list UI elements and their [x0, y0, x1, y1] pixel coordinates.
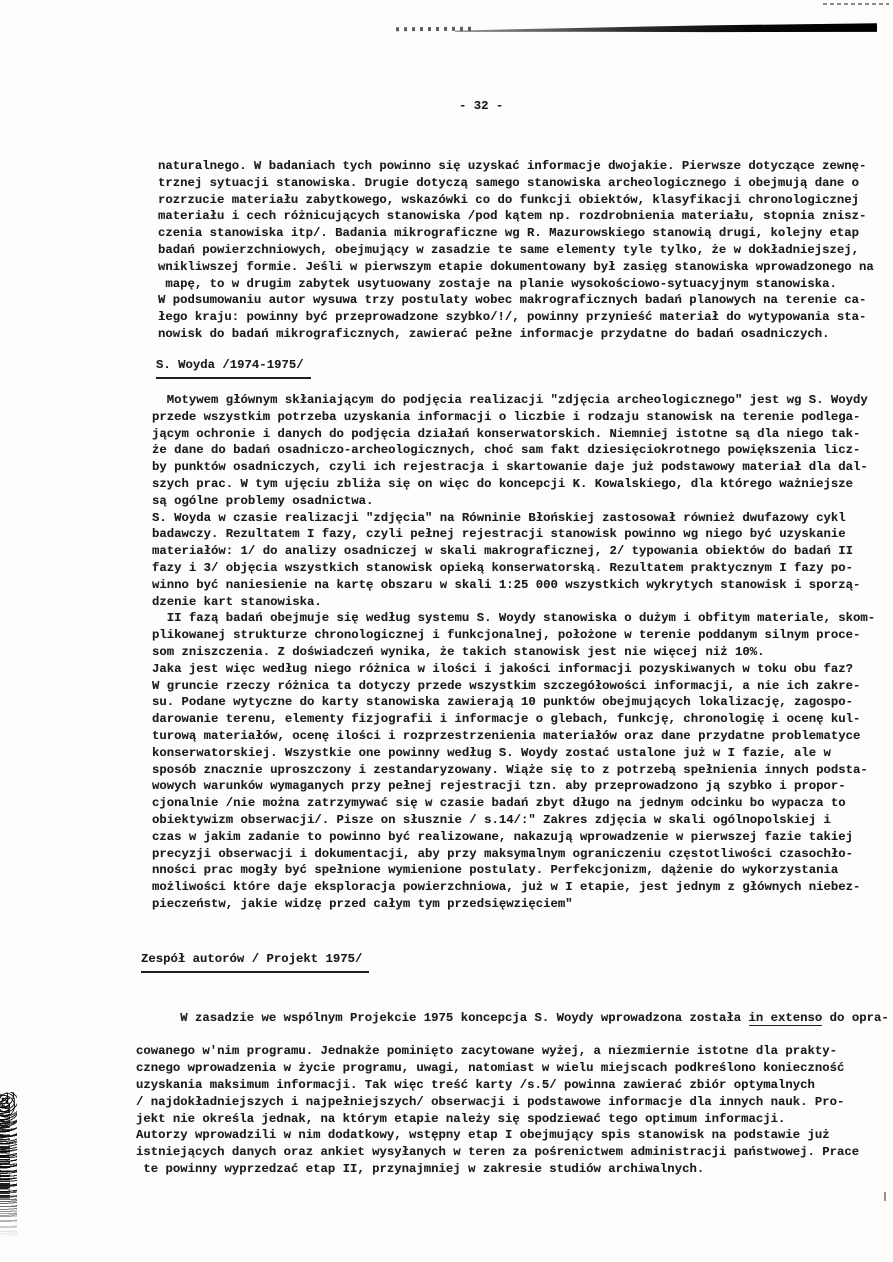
- section-woyda: S. Woyda /1974-1975/: [156, 355, 311, 379]
- section-woyda-body: Motywem głównym skłaniającym do podjęcia…: [152, 392, 875, 913]
- page-number: - 32 -: [459, 98, 503, 115]
- woyda-paragraph-3: II fazą badań obejmuje się według system…: [152, 610, 875, 912]
- document-page: - 32 - naturalnego. W badaniach tych pow…: [0, 0, 893, 1262]
- projekt-line1-after: do opra-: [822, 1011, 888, 1025]
- section-heading-projekt: Zespół autorów / Projekt 1975/: [141, 951, 369, 973]
- section-projekt-body: W zasadzie we wspólnym Projekcie 1975 ko…: [136, 993, 889, 1178]
- scan-smudge-streak: [455, 21, 877, 38]
- scan-corner-dashes: [823, 3, 889, 5]
- projekt-line1-before: W zasadzie we wspólnym Projekcie 1975 ko…: [180, 1011, 748, 1025]
- projekt-line1-underlined-phrase: in extenso: [749, 1011, 823, 1027]
- projekt-paragraph-first-line: W zasadzie we wspólnym Projekcie 1975 ko…: [136, 993, 889, 1043]
- woyda-paragraph-1: Motywem głównym skłaniającym do podjęcia…: [152, 392, 875, 510]
- scan-smudge-dashes: [396, 27, 471, 31]
- scan-speck: [884, 1192, 886, 1201]
- scan-binding-edge-noise-core: [0, 1097, 10, 1199]
- projekt-paragraph-rest: cowanego w'nim programu. Jednakże pomini…: [136, 1043, 889, 1177]
- intro-paragraph: naturalnego. W badaniach tych powinno si…: [158, 158, 874, 343]
- woyda-paragraph-2: S. Woyda w czasie realizacji "zdjęcia" n…: [152, 510, 875, 611]
- section-heading-woyda: S. Woyda /1974-1975/: [156, 357, 311, 379]
- section-projekt: Zespół autorów / Projekt 1975/: [141, 949, 369, 973]
